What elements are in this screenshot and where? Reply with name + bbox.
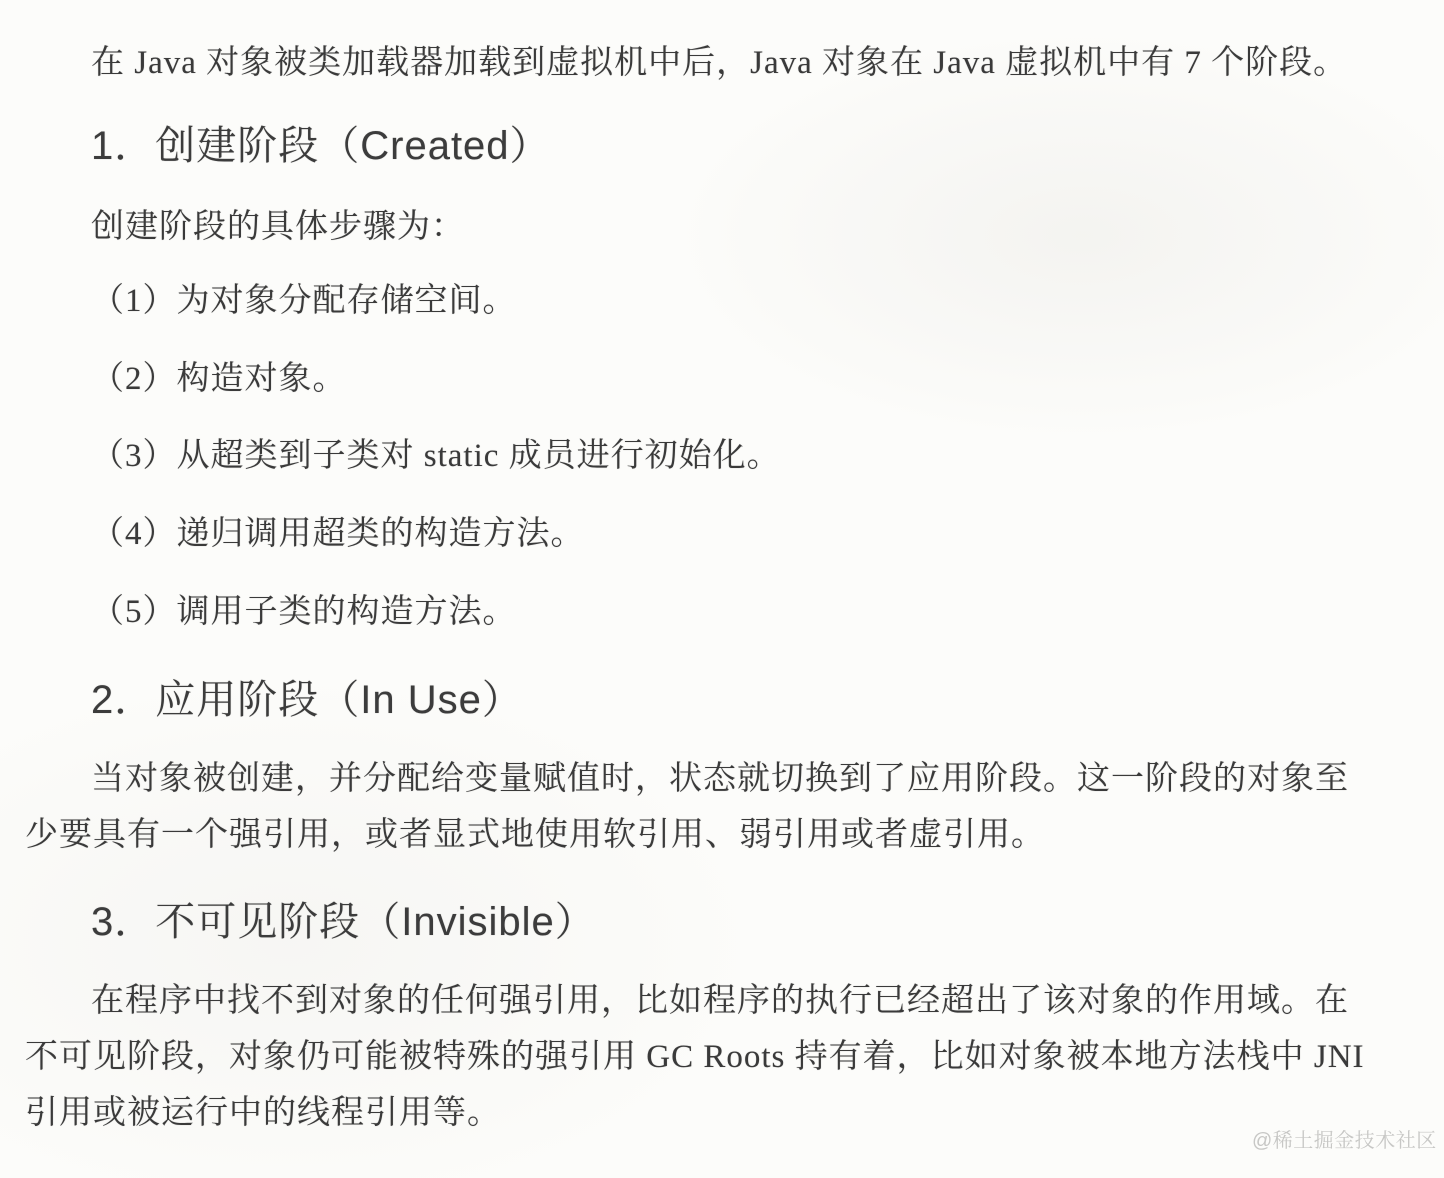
document-page: 在 Java 对象被类加载器加载到虚拟机中后，Java 对象在 Java 虚拟机… xyxy=(0,0,1444,1178)
step-item-2: （2）构造对象。 xyxy=(91,358,347,401)
section-2-paragraph-line-2: 少要具有一个强引用，或者显式地使用软引用、弱引用或者虚引用。 xyxy=(25,814,1045,857)
section-2-paragraph-line-1: 当对象被创建，并分配给变量赋值时，状态就切换到了应用阶段。这一阶段的对象至 xyxy=(91,758,1349,801)
section-3-paragraph-line-3: 引用或被运行中的线程引用等。 xyxy=(25,1092,501,1135)
section-3-paragraph-line-2: 不可见阶段，对象仍可能被特殊的强引用 GC Roots 持有着，比如对象被本地方… xyxy=(25,1036,1365,1079)
section-3-heading: 3．不可见阶段（Invisible） xyxy=(91,896,596,948)
section-2-heading: 2．应用阶段（In Use） xyxy=(91,674,523,726)
step-item-4: （4）递归调用超类的构造方法。 xyxy=(91,513,585,556)
steps-intro-paragraph: 创建阶段的具体步骤为： xyxy=(91,206,465,249)
step-item-1: （1）为对象分配存储空间。 xyxy=(91,280,517,323)
intro-paragraph: 在 Java 对象被类加载器加载到虚拟机中后，Java 对象在 Java 虚拟机… xyxy=(91,42,1347,85)
site-watermark: @稀土掘金技术社区 xyxy=(1252,1124,1437,1153)
step-item-3: （3）从超类到子类对 static 成员进行初始化。 xyxy=(91,435,781,478)
section-3-paragraph-line-1: 在程序中找不到对象的任何强引用，比如程序的执行已经超出了该对象的作用域。在 xyxy=(91,980,1349,1023)
section-1-heading: 1．创建阶段（Created） xyxy=(91,120,551,172)
step-item-5: （5）调用子类的构造方法。 xyxy=(91,591,517,634)
